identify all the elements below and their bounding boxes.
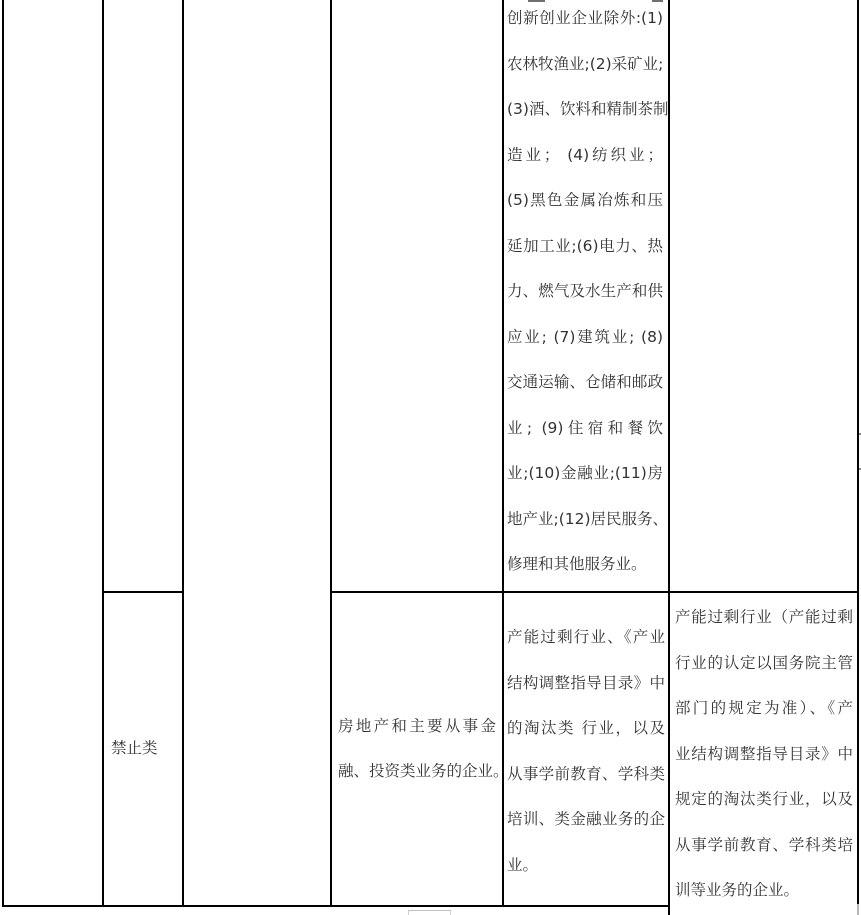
document-table-page: 创新创业企业除外:(1)农林牧渔业;(2)采矿业;(3)酒、饮料和精制茶制造业；… [0, 0, 861, 915]
text-line: 地产业;(12)居民服务、 [507, 497, 663, 543]
text-line: (3)酒、饮料和精制茶制 [507, 87, 663, 133]
text-line: 的淘汰类 行业，以及 [507, 706, 665, 752]
text-line: 业。 [507, 843, 665, 889]
table-border-col2-col3 [182, 0, 184, 907]
text-line: 业结构调整指导目录》中 [675, 732, 853, 778]
text-line: 业;(10)金融业;(11)房 [507, 451, 663, 497]
text-line: 修理和其他服务业。 [507, 542, 663, 588]
text-line: 农林牧渔业;(2)采矿业; [507, 42, 663, 88]
text-line: 训等业务的企业。 [675, 868, 853, 914]
text-line: 培训、类金融业务的企 [507, 797, 665, 843]
text-line: 房地产和主要从事金 [338, 704, 496, 750]
prohibited-category-label: 禁止类 [111, 726, 158, 772]
text-line: 创新创业企业除外:(1) [507, 0, 663, 42]
cell-prohibited-scope: 房地产和主要从事金融、投资类业务的企业。 [332, 593, 502, 905]
faint-bottom-artifact [408, 910, 451, 915]
table-border-left [2, 0, 4, 907]
text-line: 行业的认定以国务院主管 [675, 641, 853, 687]
cell-prohibited-detail-b: 产能过剩行业（产能过剩行业的认定以国务院主管部门的规定为准）、《产业结构调整指导… [670, 593, 858, 914]
text-line: 应业; (7)建筑业; (8) [507, 315, 663, 361]
text-line: 造业； (4)纺织业； [507, 133, 663, 179]
text-line: (5)黑色金属冶炼和压 [507, 178, 663, 224]
text-line: 力、燃气及水生产和供 [507, 269, 663, 315]
table-border-bottom [2, 905, 670, 907]
text-line: 部门的规定为准）、《产 [675, 686, 853, 732]
text-line: 产能过剩行业（产能过剩 [675, 595, 853, 641]
text-line: 产能过剩行业、《产业 [507, 615, 665, 661]
text-line: 从事学前教育、学科类 [507, 752, 665, 798]
text-line: 业; (9)住宿和餐饮 [507, 406, 663, 452]
cell-excluded-industries-list: 创新创业企业除外:(1)农林牧渔业;(2)采矿业;(3)酒、饮料和精制茶制造业；… [505, 0, 665, 588]
text-line: 交通运输、仓储和邮政 [507, 360, 663, 406]
text-line: 延加工业;(6)电力、热 [507, 224, 663, 270]
text-line: 融、投资类业务的企业。 [338, 749, 496, 795]
text-line: 结构调整指导目录》中 [507, 661, 665, 707]
cell-prohibited-detail-a: 产能过剩行业、《产业结构调整指导目录》中的淘汰类 行业，以及从事学前教育、学科类… [504, 593, 668, 888]
text-line: 规定的淘汰类行业，以及 [675, 777, 853, 823]
cell-category-prohibited: 禁止类 [104, 593, 182, 905]
text-line: 从事学前教育、学科类培 [675, 823, 853, 869]
